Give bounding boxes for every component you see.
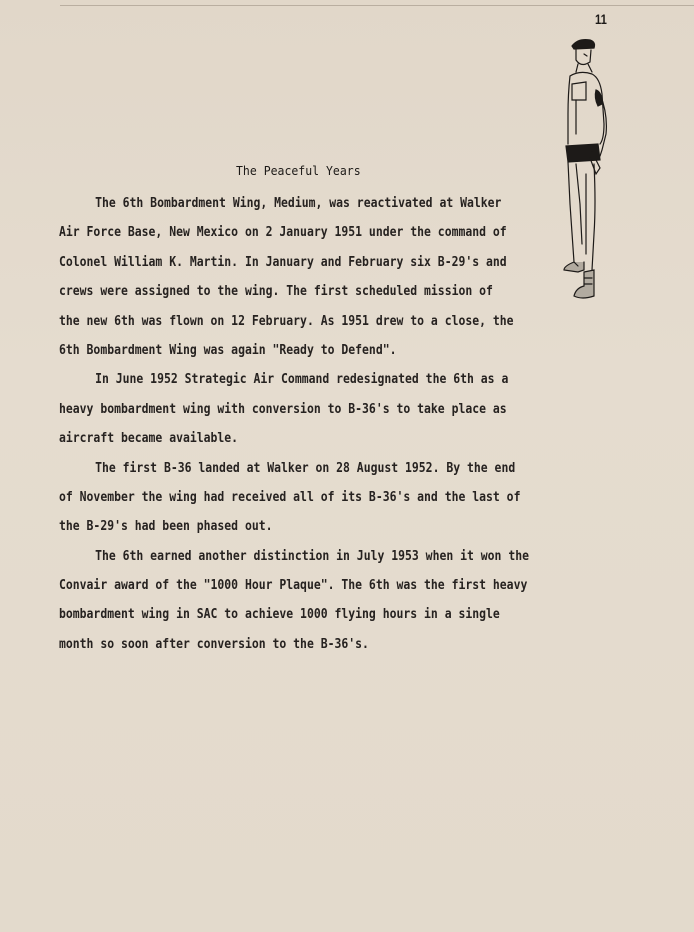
text-line: The first B-36 landed at Walker on 28 Au… xyxy=(59,454,499,483)
text-line: bombardment wing in SAC to achieve 1000 … xyxy=(59,600,499,629)
text-line: the new 6th was flown on 12 February. As… xyxy=(59,307,499,336)
text-line: crews were assigned to the wing. The fir… xyxy=(59,277,499,306)
paragraph-4: The 6th earned another distinction in Ju… xyxy=(59,542,559,660)
text-line: Colonel William K. Martin. In January an… xyxy=(59,248,499,277)
text-line: 6th Bombardment Wing was again "Ready to… xyxy=(59,336,499,365)
text-line: aircraft became available. xyxy=(59,424,499,453)
section-title: The Peaceful Years xyxy=(236,163,361,178)
text-line: The 6th Bombardment Wing, Medium, was re… xyxy=(59,189,499,218)
page-top-edge xyxy=(60,5,694,6)
text-line: The 6th earned another distinction in Ju… xyxy=(59,542,499,571)
text-line: Convair award of the "1000 Hour Plaque".… xyxy=(59,571,499,600)
paragraph-3: The first B-36 landed at Walker on 28 Au… xyxy=(59,454,559,542)
text-line: Air Force Base, New Mexico on 2 January … xyxy=(59,218,499,247)
text-line: of November the wing had received all of… xyxy=(59,483,499,512)
airman-sketch-illustration xyxy=(556,34,626,306)
paragraph-1: The 6th Bombardment Wing, Medium, was re… xyxy=(59,189,559,365)
text-line: month so soon after conversion to the B-… xyxy=(59,630,499,659)
text-line: In June 1952 Strategic Air Command redes… xyxy=(59,365,499,394)
page-number: 11 xyxy=(595,11,607,27)
text-line: heavy bombardment wing with conversion t… xyxy=(59,395,499,424)
body-text: The 6th Bombardment Wing, Medium, was re… xyxy=(59,189,559,659)
text-line: the B-29's had been phased out. xyxy=(59,512,499,541)
paragraph-2: In June 1952 Strategic Air Command redes… xyxy=(59,365,559,453)
document-page: 11 xyxy=(0,0,694,932)
